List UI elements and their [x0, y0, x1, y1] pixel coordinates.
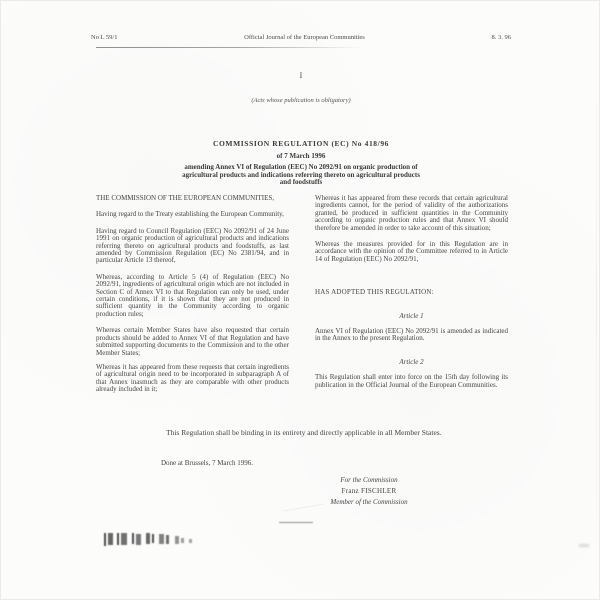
scan-artifact-glyph	[108, 533, 113, 545]
article-2-heading: Article 2	[315, 359, 508, 366]
end-rule	[279, 522, 313, 523]
scan-artifact-marks	[104, 533, 192, 546]
scan-artifact-glyph	[159, 534, 164, 544]
scan-artifact-glyph	[146, 533, 150, 544]
regulation-subject-line-3: and foodstuffs	[101, 179, 501, 187]
scan-artifact-glyph	[117, 533, 119, 545]
scan-artifact-glyph	[189, 539, 192, 543]
section-marker: I	[1, 71, 600, 80]
scanned-document-page: No L 59/1 Official Journal of the Europe…	[0, 0, 600, 600]
preamble-opening: THE COMMISSION OF THE EUROPEAN COMMUNITI…	[96, 195, 289, 202]
done-line: Done at Brussels, 7 March 1996.	[161, 459, 253, 467]
recital-2: Whereas certain Member States have also …	[96, 327, 289, 357]
scan-artifact-glyph	[121, 533, 127, 545]
scan-artifact-glyph	[104, 533, 106, 546]
scan-artifact-glyph	[132, 533, 134, 544]
recital-5: Whereas the measures provided for in thi…	[315, 241, 508, 263]
scan-edge-shadow	[596, 1, 597, 600]
issue-number: No L 59/1	[91, 34, 117, 41]
scan-artifact-glyph	[152, 534, 154, 543]
recital-1: Whereas, according to Article 5 (4) of R…	[96, 274, 289, 318]
journal-header: No L 59/1 Official Journal of the Europe…	[91, 34, 511, 41]
citation-treaty: Having regard to the Treaty establishing…	[96, 211, 289, 218]
scan-artifact-glyph	[166, 535, 169, 544]
header-date: 8. 3. 96	[491, 34, 511, 41]
document-body: THE COMMISSION OF THE EUROPEAN COMMUNITI…	[96, 195, 508, 401]
header-rule	[96, 47, 508, 48]
left-column: THE COMMISSION OF THE EUROPEAN COMMUNITI…	[96, 195, 289, 401]
regulation-date-line: of 7 March 1996	[101, 152, 501, 160]
journal-title: Official Journal of the European Communi…	[244, 34, 365, 41]
signature-title: Member of the Commission	[299, 497, 439, 508]
citation-regulation: Having regard to Council Regulation (EEC…	[96, 228, 289, 265]
scan-artifact-glyph	[175, 536, 179, 544]
signature-name: Franz FISCHLER	[299, 486, 439, 497]
regulation-subject: amending Annex VI of Regulation (EEC) No…	[101, 164, 501, 187]
article-1-text: Annex VI of Regulation (EEC) No 2092/91 …	[315, 328, 508, 343]
closing-sentence: This Regulation shall be binding in its …	[166, 429, 476, 437]
recital-3: Whereas it has appeared from these reque…	[96, 364, 289, 394]
section-note: (Acts whose publication is obligatory)	[1, 97, 600, 104]
recital-4: Whereas it has appeared from these recor…	[315, 195, 508, 232]
regulation-title: COMMISSION REGULATION (EC) No 418/96	[101, 139, 501, 148]
page-edge-mark	[579, 544, 589, 547]
right-column: Whereas it has appeared from these recor…	[315, 195, 508, 401]
signature-on-behalf: For the Commission	[299, 475, 439, 486]
scan-artifact-glyph	[136, 534, 141, 545]
enacting-formula: HAS ADOPTED THIS REGULATION:	[315, 289, 508, 296]
article-1-heading: Article 1	[315, 313, 508, 320]
scan-artifact-glyph	[181, 538, 184, 543]
article-2-text: This Regulation shall enter into force o…	[315, 374, 508, 389]
